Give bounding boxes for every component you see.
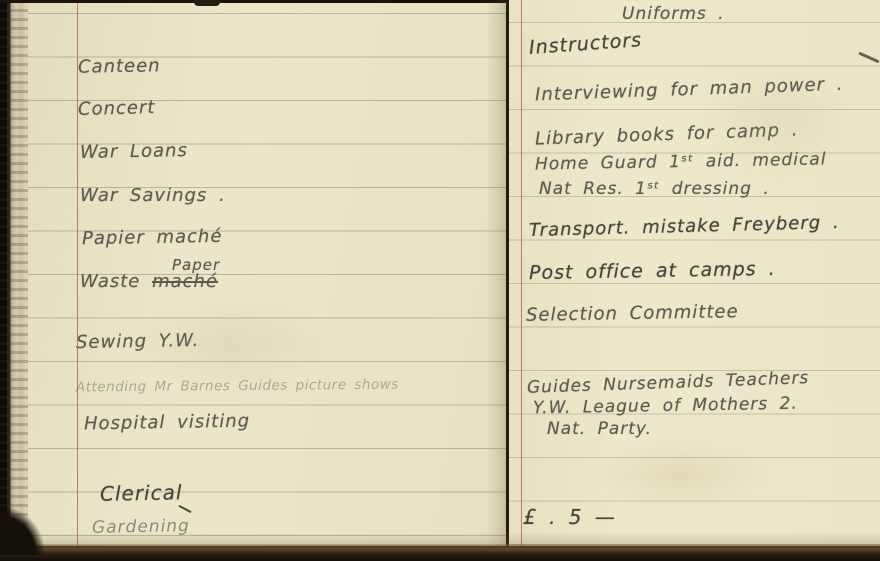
list-item: Concert [78,97,156,120]
list-item: Selection Committee [526,301,739,326]
list-item: Interviewing for man power . [535,74,844,106]
inserted-correction: Paper [172,256,220,274]
right-page: Uniforms . Instructors Interviewing for … [509,0,880,546]
spine-binding-edge [0,0,30,561]
list-item-corrected: Waste maché Paper [80,271,218,292]
list-item: Attending Mr Barnes Guides picture shows [76,377,399,396]
list-item-word: Waste [80,271,140,292]
list-item: Post office at camps . [529,258,776,284]
list-item: Home Guard 1ˢᵗ aid. medical [535,149,827,174]
page-heading: Uniforms . [622,4,725,24]
list-item: War Loans [80,140,188,163]
cover-corner-bottom-left [0,505,46,555]
margin-rule-right-page [521,0,522,546]
left-page: Canteen Concert War Loans War Savings . … [28,3,506,546]
pencil-tick-mark [178,505,191,513]
list-item: Nat. Party. [547,419,652,439]
list-item: Clerical [100,480,183,505]
list-item: Papier maché [82,226,223,249]
cover-edge-top [0,0,218,3]
cover-edge-notch [194,0,220,6]
list-item: War Savings . [80,185,226,206]
list-item: Y.W. League of Mothers 2. [533,394,798,419]
list-item: Transport. mistake Freyberg . [529,212,840,241]
list-item: Nat Res. 1ˢᵗ dressing . [539,179,770,199]
amount-note: £ . 5 — [523,505,616,529]
list-item: Sewing Y.W. [76,330,200,353]
list-item: Hospital visiting [84,411,250,435]
list-item: Instructors [528,29,642,59]
notebook-photo: Canteen Concert War Loans War Savings . … [0,0,880,561]
struck-word: maché [152,271,218,292]
cover-edge-bottom [0,544,880,561]
list-item: Canteen [78,55,161,77]
margin-rule-left-page [77,3,78,546]
list-item: Library books for camp . [535,119,799,149]
